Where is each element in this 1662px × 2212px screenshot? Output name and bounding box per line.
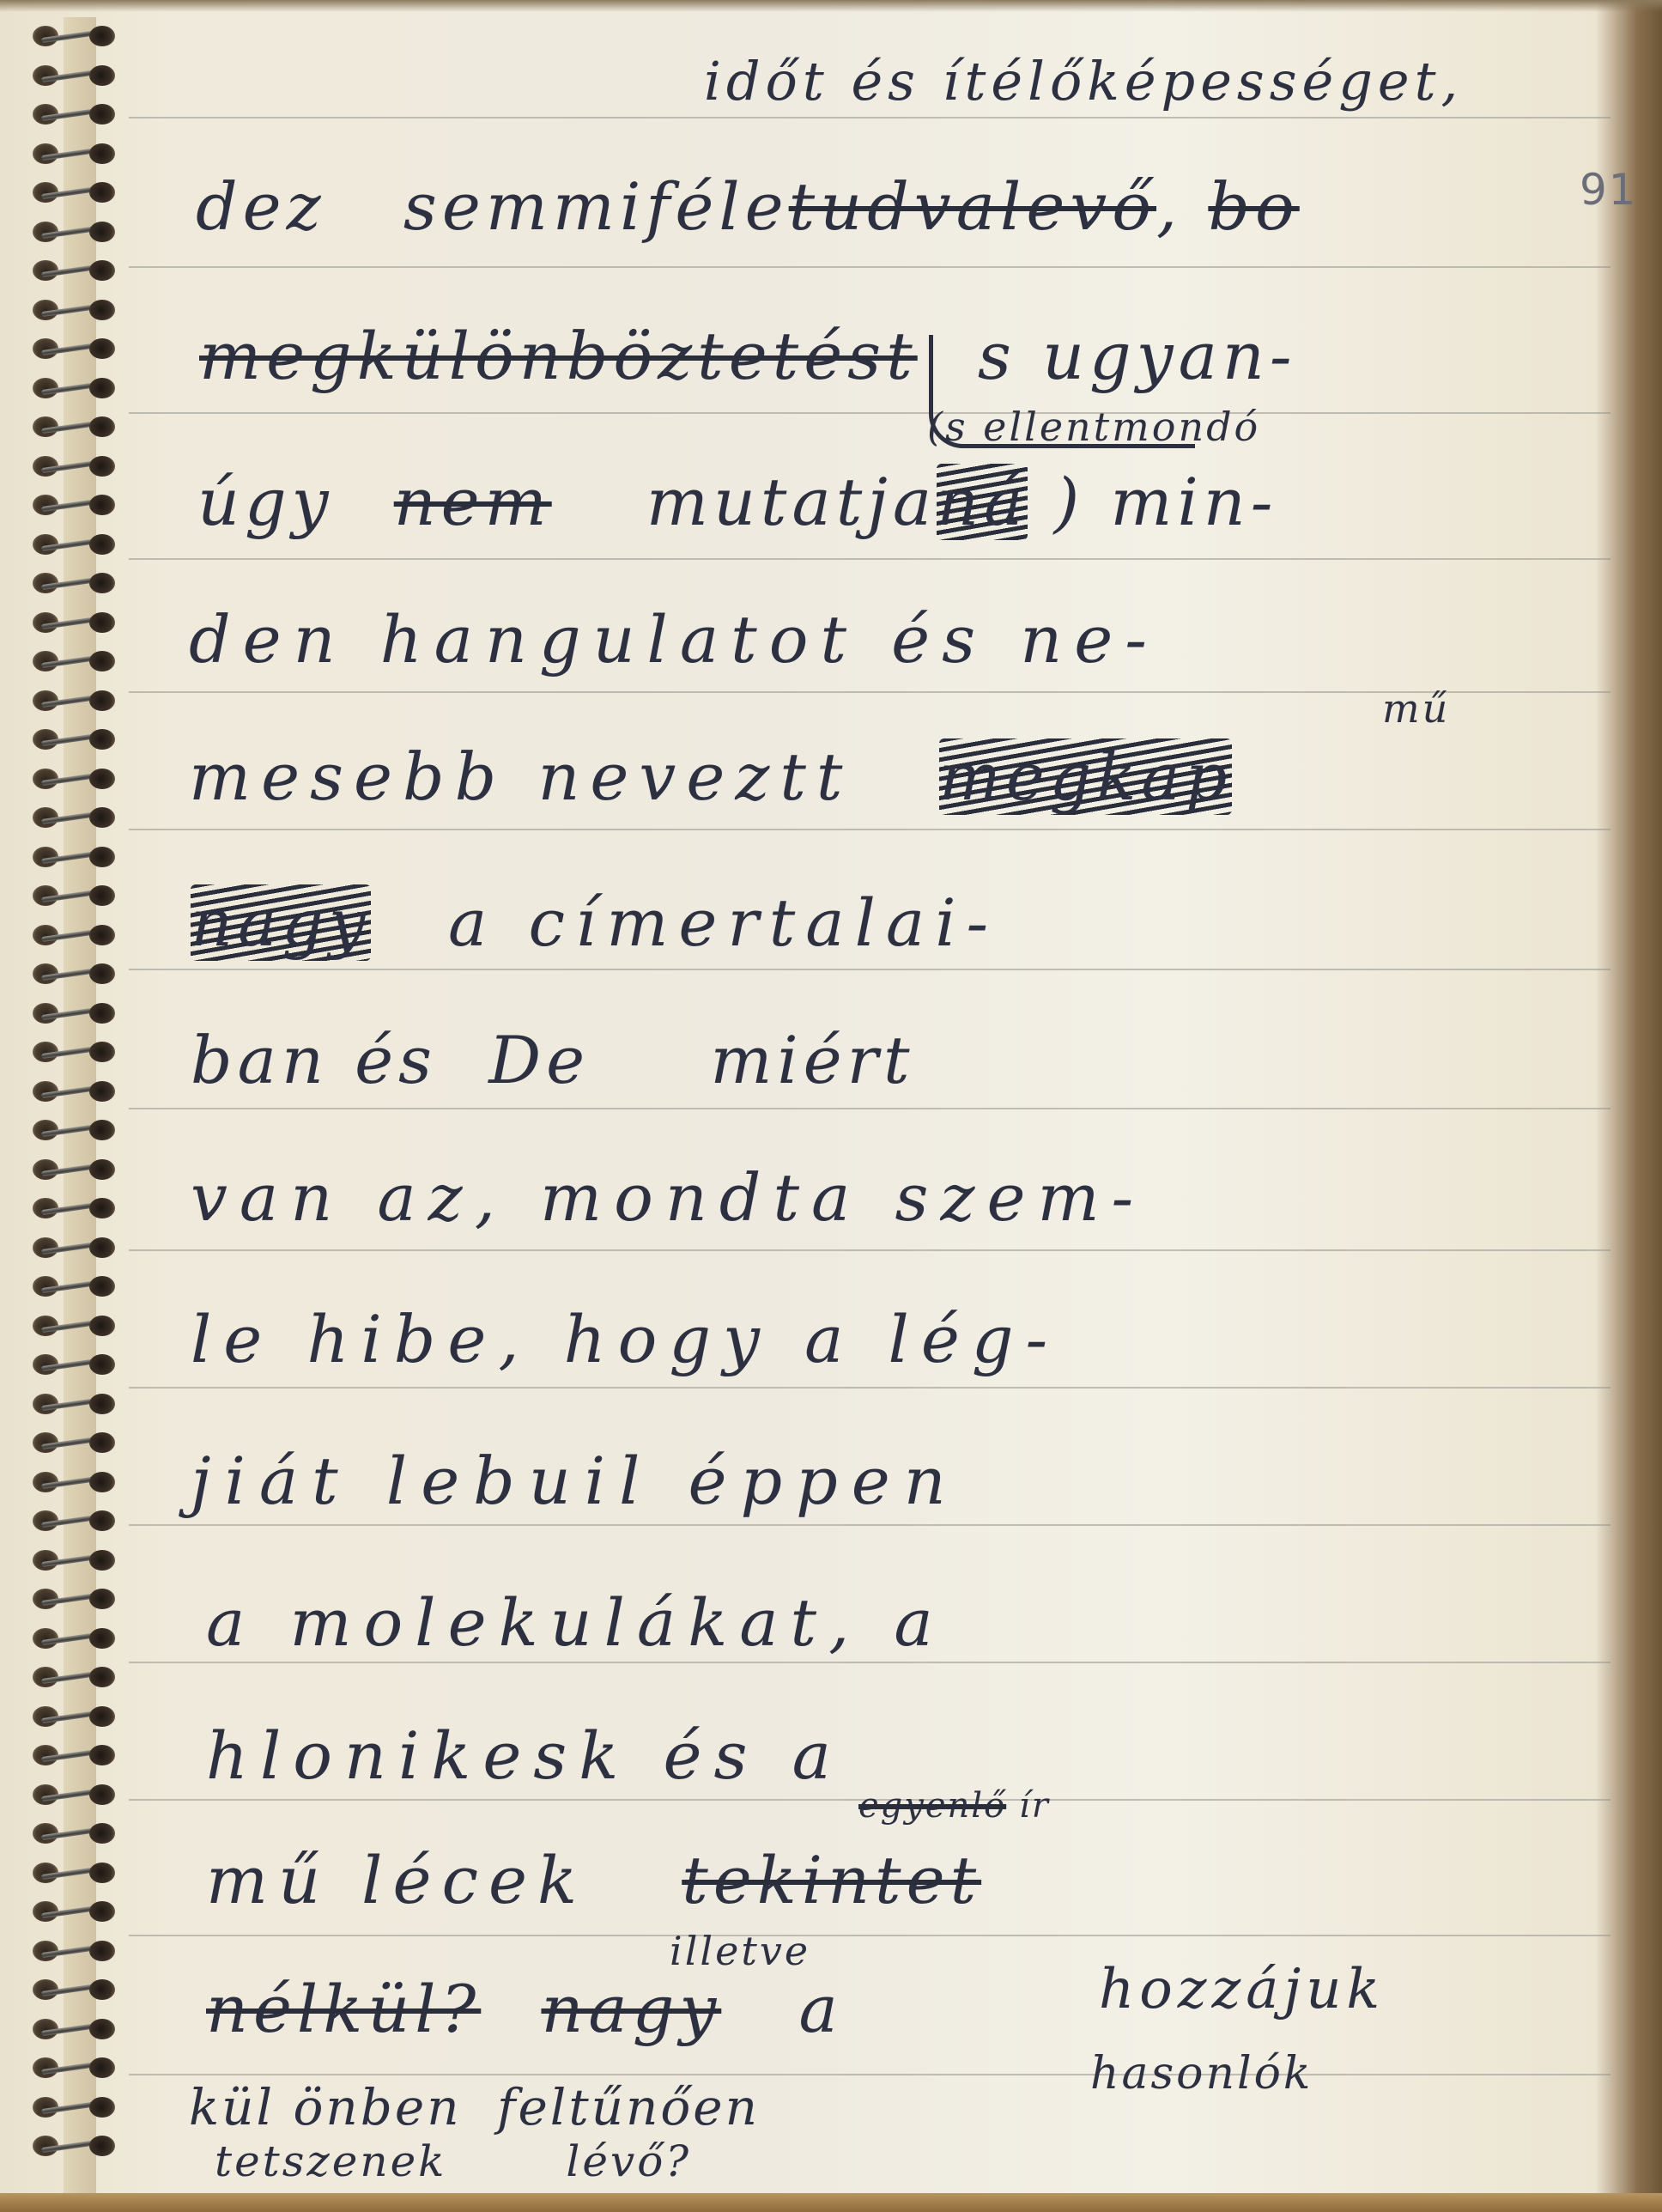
punch-hole bbox=[89, 1784, 115, 1805]
punch-hole bbox=[89, 1159, 115, 1180]
punch-hole bbox=[89, 651, 115, 671]
spiral-coil bbox=[26, 994, 120, 1034]
spiral-coil bbox=[26, 1736, 120, 1776]
deleted-word: nagy bbox=[541, 1971, 721, 2047]
punch-hole bbox=[89, 1823, 115, 1844]
deleted-word: nélkül? bbox=[206, 1971, 481, 2047]
spiral-coil bbox=[26, 2127, 120, 2166]
spiral-coil bbox=[26, 330, 120, 369]
spiral-coil bbox=[26, 720, 120, 760]
punch-hole bbox=[89, 769, 115, 789]
word: úgy bbox=[197, 464, 334, 540]
handwriting-line-16: tetszenek lévő? bbox=[215, 2136, 691, 2186]
word: mű lécek bbox=[206, 1842, 587, 1918]
handwriting-line-11: a molekulákat, a bbox=[206, 1584, 945, 1661]
punch-hole bbox=[89, 807, 115, 828]
ruled-line bbox=[129, 2074, 1610, 2075]
ruled-line bbox=[129, 969, 1610, 970]
deleted-word: egyenlő bbox=[858, 1786, 1006, 1826]
spiral-coil bbox=[26, 1307, 120, 1346]
punch-hole bbox=[89, 1510, 115, 1531]
spiral-coil bbox=[26, 760, 120, 799]
spiral-coil bbox=[26, 1932, 120, 1972]
spiral-coil bbox=[26, 1502, 120, 1541]
spiral-coil bbox=[26, 1073, 120, 1112]
punch-hole bbox=[89, 573, 115, 593]
handwriting-line-13: mű lécek tekintet bbox=[206, 1842, 981, 1918]
spiral-coil bbox=[26, 1776, 120, 1815]
punch-hole bbox=[89, 1589, 115, 1609]
spiral-coil bbox=[26, 57, 120, 96]
deleted-word: nem bbox=[394, 464, 552, 540]
word: mutatja bbox=[646, 464, 937, 540]
punch-hole bbox=[89, 1941, 115, 1961]
word: tetszenek bbox=[215, 2136, 446, 2186]
word: semmiféle bbox=[403, 168, 789, 245]
spiral-coil bbox=[26, 1111, 120, 1151]
page-number: 91 bbox=[1580, 165, 1638, 215]
punch-hole bbox=[89, 1667, 115, 1687]
spiral-coil bbox=[26, 1424, 120, 1463]
handwriting-line-1: dez semmiféletudvalevő, bo bbox=[196, 168, 1300, 245]
spiral-coil bbox=[26, 1580, 120, 1619]
handwriting-line-5: mesebb neveztt megkap bbox=[189, 738, 1232, 815]
spiral-coil bbox=[26, 1229, 120, 1268]
spiral-coil bbox=[26, 486, 120, 526]
insertion-annotation: illetve bbox=[670, 1928, 810, 1974]
spiral-coil bbox=[26, 1619, 120, 1659]
spiral-coil bbox=[26, 2010, 120, 2050]
ruled-line bbox=[129, 412, 1610, 414]
spiral-coil bbox=[26, 877, 120, 916]
punch-hole bbox=[89, 260, 115, 281]
punch-hole bbox=[89, 1901, 115, 1922]
punch-hole bbox=[89, 729, 115, 750]
punch-hole bbox=[89, 456, 115, 477]
punch-hole bbox=[89, 222, 115, 242]
punch-hole bbox=[89, 416, 115, 437]
table-surface bbox=[0, 2193, 1662, 2212]
spiral-coil bbox=[26, 447, 120, 487]
handwriting-line-4: den hangulatot és ne- bbox=[189, 601, 1159, 678]
handwriting-line-0: időt és ítélőképességet, bbox=[704, 50, 1463, 112]
spiral-coil bbox=[26, 1267, 120, 1307]
punch-hole bbox=[89, 1706, 115, 1727]
spiral-coil bbox=[26, 291, 120, 331]
spiral-coil bbox=[26, 1151, 120, 1190]
spiral-coil bbox=[26, 95, 120, 135]
word: ) min- bbox=[1054, 464, 1278, 540]
handwriting-line-9: le hibe, hogy a lég- bbox=[191, 1301, 1059, 1377]
punch-hole bbox=[89, 885, 115, 906]
spiral-coil bbox=[26, 1854, 120, 1893]
punch-hole bbox=[89, 1042, 115, 1062]
spiral-coil bbox=[26, 1658, 120, 1698]
spiral-coil bbox=[26, 604, 120, 643]
punch-hole bbox=[89, 1745, 115, 1765]
word: kül önben bbox=[189, 2078, 462, 2136]
punch-hole bbox=[89, 1237, 115, 1258]
punch-hole bbox=[89, 143, 115, 164]
punch-hole bbox=[89, 534, 115, 555]
punch-hole bbox=[89, 847, 115, 867]
handwriting-line-15: kül önben feltűnően bbox=[189, 2078, 760, 2136]
deleted-word: tekintet bbox=[682, 1842, 981, 1918]
spiral-coil bbox=[26, 1893, 120, 1932]
punch-hole bbox=[89, 1354, 115, 1375]
handwriting-line-8: van az, mondta szem- bbox=[191, 1159, 1145, 1236]
spiral-coil bbox=[26, 838, 120, 878]
punch-hole bbox=[89, 1550, 115, 1571]
punch-hole bbox=[89, 2057, 115, 2078]
ruled-line bbox=[129, 829, 1610, 830]
spiral-coil bbox=[26, 408, 120, 447]
spiral-coil bbox=[26, 369, 120, 409]
handwriting-line-7: ban és De miért bbox=[191, 1022, 915, 1098]
word: mesebb neveztt bbox=[189, 738, 852, 815]
spiral-coil bbox=[26, 1385, 120, 1425]
spiral-coil bbox=[26, 682, 120, 721]
punch-hole bbox=[89, 495, 115, 515]
punch-hole bbox=[89, 1979, 115, 2000]
punch-hole bbox=[89, 2097, 115, 2118]
punch-hole bbox=[89, 1003, 115, 1024]
handwriting-line-12: hlonikesk és a bbox=[206, 1717, 843, 1794]
ruled-line bbox=[129, 1935, 1610, 1936]
word: lévő? bbox=[566, 2136, 691, 2186]
deleted-word: megkülönböztetést bbox=[199, 318, 918, 394]
punch-hole bbox=[89, 963, 115, 984]
punch-hole bbox=[89, 1081, 115, 1102]
insertion-annotation: mű bbox=[1382, 685, 1450, 732]
punch-hole bbox=[89, 2136, 115, 2156]
spiral-coil bbox=[26, 17, 120, 57]
spiral-coil bbox=[26, 1346, 120, 1385]
ruled-line bbox=[129, 1662, 1610, 1663]
spiral-coil bbox=[26, 1698, 120, 1737]
insertion-annotation: egyenlő ír bbox=[858, 1786, 1050, 1826]
word: De bbox=[488, 1022, 590, 1098]
spiral-coil bbox=[26, 955, 120, 994]
handwriting-line-6: nagy a címertalai- bbox=[191, 884, 998, 961]
spiral-coil bbox=[26, 1463, 120, 1503]
punch-hole bbox=[89, 104, 115, 125]
spiral-coil bbox=[26, 799, 120, 838]
ruled-line bbox=[129, 558, 1610, 560]
punch-hole bbox=[89, 182, 115, 203]
spiral-coil bbox=[26, 1814, 120, 1854]
insertion-bracket bbox=[929, 335, 1195, 448]
word: feltűnően bbox=[497, 2078, 760, 2136]
deleted-word: tudvalevő bbox=[789, 168, 1156, 245]
scribbled-out-text: megkap bbox=[939, 738, 1233, 815]
word: miért bbox=[710, 1022, 914, 1098]
handwriting-right-col: hozzájuk bbox=[1099, 1958, 1385, 2021]
punch-hole bbox=[89, 338, 115, 359]
ruled-line bbox=[129, 1524, 1610, 1526]
word: ban és bbox=[191, 1022, 437, 1098]
spiral-binding bbox=[26, 17, 120, 2198]
spiral-coil bbox=[26, 135, 120, 174]
spiral-coil bbox=[26, 2088, 120, 2128]
handwriting-line-14: nélkül? nagy a bbox=[206, 1971, 843, 2047]
ruled-line bbox=[129, 1249, 1610, 1251]
spiral-coil bbox=[26, 2049, 120, 2088]
spiral-coil bbox=[26, 1033, 120, 1073]
word: a bbox=[798, 1971, 842, 2047]
spiral-coil bbox=[26, 642, 120, 682]
word: dez bbox=[196, 168, 326, 245]
spiral-coil bbox=[26, 916, 120, 956]
punch-hole bbox=[89, 1198, 115, 1218]
punch-hole bbox=[89, 1628, 115, 1649]
handwriting-right-col: hasonlók bbox=[1090, 2048, 1313, 2100]
spiral-coil bbox=[26, 1971, 120, 2010]
punch-hole bbox=[89, 690, 115, 711]
notebook-photo: 91 időt és ítélőképességet, dez semmifél… bbox=[0, 0, 1662, 2212]
word: ír bbox=[1019, 1786, 1050, 1826]
punch-hole bbox=[89, 1120, 115, 1140]
spiral-coil bbox=[26, 213, 120, 252]
spiral-coil bbox=[26, 173, 120, 213]
punch-hole bbox=[89, 300, 115, 320]
punch-hole bbox=[89, 612, 115, 633]
ruled-line bbox=[129, 1108, 1610, 1109]
punch-hole bbox=[89, 26, 115, 46]
word: a címertalai- bbox=[448, 884, 998, 961]
punch-hole bbox=[89, 1863, 115, 1883]
punch-hole bbox=[89, 1394, 115, 1414]
punch-hole bbox=[89, 2019, 115, 2039]
punch-hole bbox=[89, 1432, 115, 1453]
spiral-coil bbox=[26, 1541, 120, 1581]
handwriting-line-10: jiát lebuil éppen bbox=[191, 1443, 960, 1519]
spiral-coil bbox=[26, 526, 120, 565]
ruled-line bbox=[129, 266, 1610, 268]
punch-hole bbox=[89, 1316, 115, 1336]
punch-hole bbox=[89, 925, 115, 945]
ruled-line bbox=[129, 1387, 1610, 1389]
spiral-coil bbox=[26, 1189, 120, 1229]
spiral-coil bbox=[26, 564, 120, 604]
spiral-coil bbox=[26, 252, 120, 291]
ruled-line bbox=[129, 117, 1610, 118]
punch-hole bbox=[89, 1276, 115, 1297]
deleted-word: bo bbox=[1208, 168, 1299, 245]
scribbled-out-text: ná bbox=[937, 464, 1028, 540]
punch-hole bbox=[89, 65, 115, 86]
handwriting-line-3: úgy nem mutatjaná ) min- bbox=[197, 464, 1277, 540]
scribbled-out-text: nagy bbox=[191, 884, 371, 961]
punch-hole bbox=[89, 1472, 115, 1492]
punch-hole bbox=[89, 378, 115, 398]
